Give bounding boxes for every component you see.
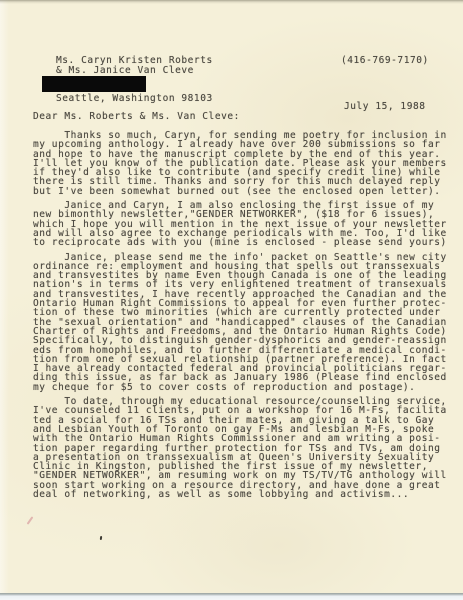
phone-number: (416-769-7170) (341, 56, 429, 65)
paragraph-2: Janice and Caryn, I am also enclosing th… (33, 201, 458, 247)
faint-pink-mark (27, 516, 34, 525)
recipient-name-line2: & Ms. Janice Van Cleve (56, 66, 194, 75)
recipient-name-line1: Ms. Caryn Kristen Roberts (56, 56, 213, 65)
letter-date: July 15, 1988 (344, 102, 426, 111)
redacted-address-bar (42, 76, 146, 92)
recipient-city-line: Seattle, Washington 98103 (56, 94, 213, 103)
salutation: Dear Ms. Roberts & Ms. Van Cleve: (33, 112, 240, 121)
paragraph-4: To date, through my educational resource… (33, 397, 458, 499)
paragraph-3: Janice, please send me the info' packet … (33, 253, 458, 392)
scanner-bed-strip (0, 593, 463, 600)
paragraph-1: Thanks so much, Caryn, for sending me po… (33, 131, 458, 196)
scanned-letter-page: Ms. Caryn Kristen Roberts (416-769-7170)… (0, 0, 463, 600)
stray-ink-mark (100, 536, 103, 540)
letter-body: Thanks so much, Caryn, for sending me po… (33, 131, 458, 504)
letter-paper: Ms. Caryn Kristen Roberts (416-769-7170)… (0, 0, 463, 593)
